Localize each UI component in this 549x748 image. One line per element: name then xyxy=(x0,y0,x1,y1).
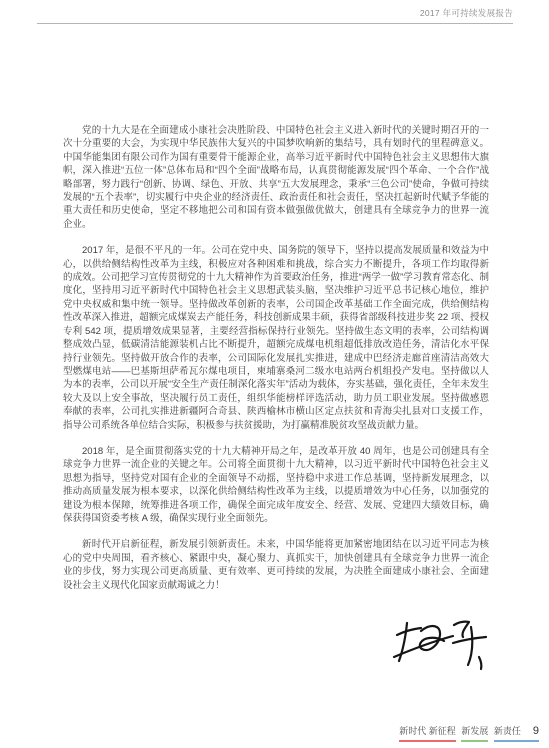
report-page: 2017 年可持续发展报告 党的十九大是在全面建成小康社会决胜阶段、中国特色社会… xyxy=(0,0,549,748)
page-number: 9 xyxy=(533,725,539,737)
header-divider xyxy=(37,23,513,24)
paragraph-4: 新时代开启新征程，新发展引领新责任。未来，中国华能将更加紧密地团结在以习近平同志… xyxy=(63,538,489,592)
page-footer: 新时代 新征程 新发展 新责任9 xyxy=(396,724,539,742)
footer-slogan-new-development: 新发展 xyxy=(461,724,488,742)
report-title: 2017 年可持续发展报告 xyxy=(420,8,513,18)
paragraph-3: 2018 年，是全面贯彻落实党的十九大精神开局之年，是改革开放 40 周年，也是… xyxy=(63,445,489,525)
footer-slogan-new-era: 新时代 新征程 xyxy=(399,724,456,742)
paragraph-2: 2017 年，是很不平凡的一年。公司在党中央、国务院的领导下，坚持以提高发展质量… xyxy=(63,244,489,432)
signature xyxy=(391,613,491,675)
paragraph-1: 党的十九大是在全面建成小康社会决胜阶段、中国特色社会主义进入新时代的关键时期召开… xyxy=(63,124,489,231)
letter-body: 党的十九大是在全面建成小康社会决胜阶段、中国特色社会主义进入新时代的关键时期召开… xyxy=(63,124,489,605)
handwritten-signature-icon xyxy=(391,613,491,675)
footer-slogan-new-responsibility: 新责任9 xyxy=(494,724,539,742)
page-header: 2017 年可持续发展报告 xyxy=(37,7,513,19)
footer-slogan-text: 新责任 xyxy=(494,726,521,736)
